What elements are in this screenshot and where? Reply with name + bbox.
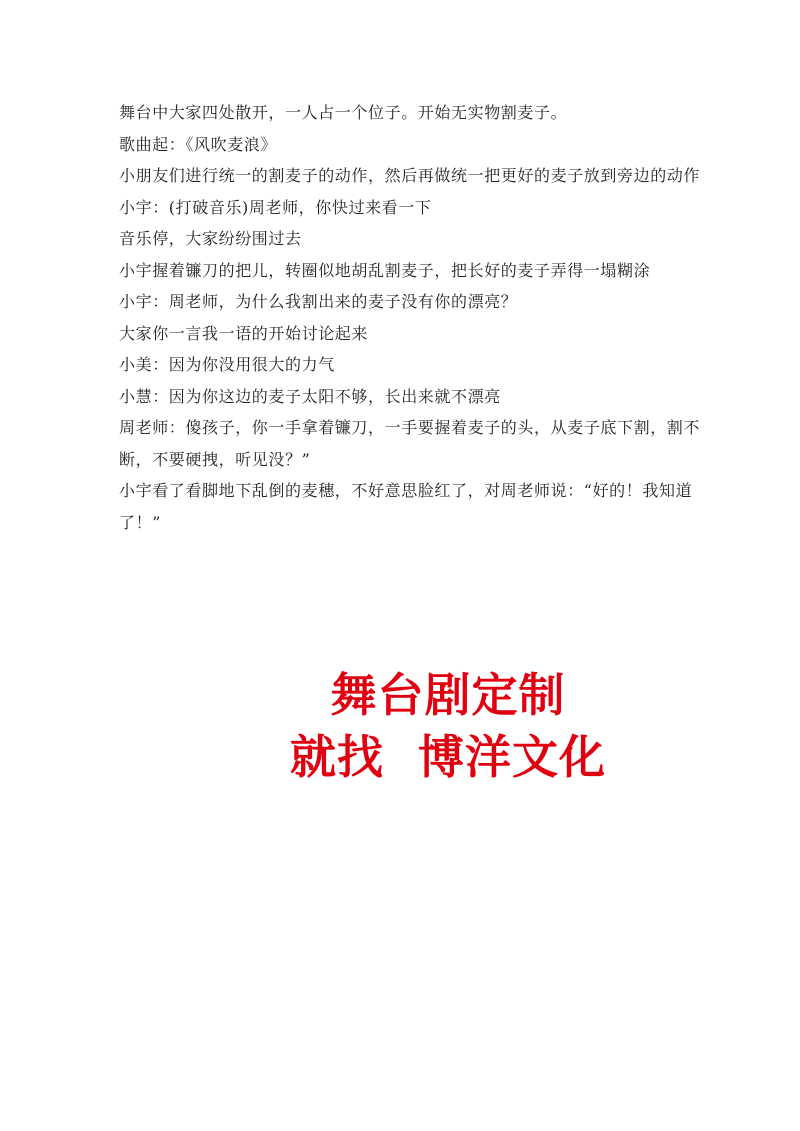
script-line-dialogue-continued: 了！” — [119, 507, 699, 539]
script-body: 舞台中大家四处散开，一人占一个位子。开始无实物割麦子。 歌曲起：《风吹麦浪》 小… — [119, 97, 699, 538]
document-page: 舞台中大家四处散开，一人占一个位子。开始无实物割麦子。 歌曲起：《风吹麦浪》 小… — [0, 0, 800, 1131]
promo-banner: 舞台剧定制 就找 博洋文化 — [0, 664, 800, 788]
promo-brand-line: 就找 博洋文化 — [0, 726, 800, 788]
script-line-dialogue: 小宇：(打破音乐)周老师，你快过来看一下 — [119, 192, 699, 224]
script-line-dialogue-continued: 断，不要硬拽，听见没？” — [119, 444, 699, 476]
promo-headline: 舞台剧定制 — [0, 664, 800, 726]
script-line-stage-direction: 大家你一言我一语的开始讨论起来 — [119, 318, 699, 350]
script-line-stage-direction: 小朋友们进行统一的割麦子的动作，然后再做统一把更好的麦子放到旁边的动作 — [119, 160, 699, 192]
script-line-dialogue: 小美：因为你没用很大的力气 — [119, 349, 699, 381]
script-line-dialogue: 小宇看了看脚地下乱倒的麦穗，不好意思脸红了，对周老师说：“好的！我知道 — [119, 475, 699, 507]
script-line-dialogue: 小宇：周老师，为什么我割出来的麦子没有你的漂亮？ — [119, 286, 699, 318]
script-line-dialogue: 小慧：因为你这边的麦子太阳不够，长出来就不漂亮 — [119, 381, 699, 413]
script-line-stage-direction: 音乐停，大家纷纷围过去 — [119, 223, 699, 255]
script-line-stage-direction: 小宇握着镰刀的把儿，转圈似地胡乱割麦子，把长好的麦子弄得一塌糊涂 — [119, 255, 699, 287]
script-line-dialogue: 周老师：傻孩子，你一手拿着镰刀，一手要握着麦子的头，从麦子底下割，割不 — [119, 412, 699, 444]
script-line-stage-direction: 舞台中大家四处散开，一人占一个位子。开始无实物割麦子。 — [119, 97, 699, 129]
script-line-song: 歌曲起：《风吹麦浪》 — [119, 129, 699, 161]
